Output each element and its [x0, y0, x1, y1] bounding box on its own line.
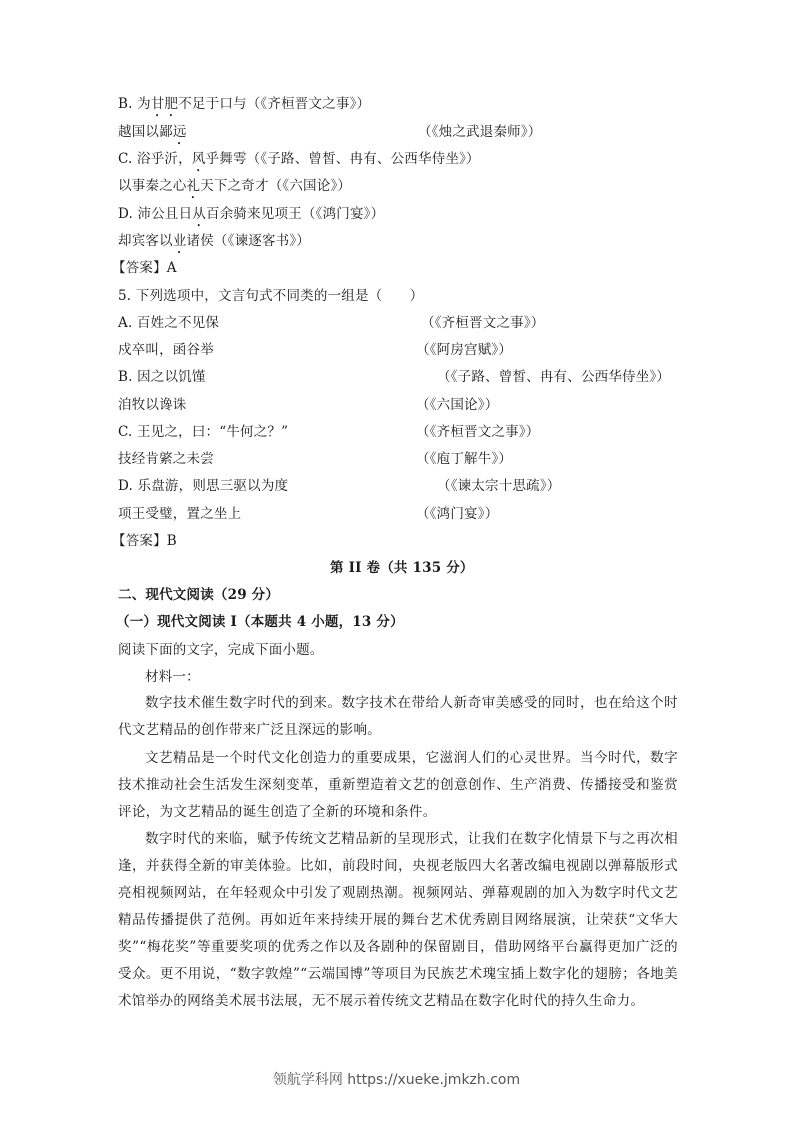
q4-option-d-line2: 却宾客以业诸侯（《谏逐客书》） — [118, 232, 310, 257]
q5-row-citation: （《六国论》） — [416, 396, 498, 414]
q5-row-citation: （《子路、曾皙、冉有、公西华侍坐》） — [437, 368, 670, 386]
text: 越国以鄙 — [118, 124, 173, 140]
text: 以事秦之心 — [118, 178, 187, 194]
subsection-title: （一）现代文阅读 I（本题共 4 小题，13 分） — [116, 613, 404, 631]
footer-watermark: 领航学科网 https://xueke.jmkzh.com — [0, 1069, 793, 1089]
passage-paragraph: 文艺精品是一个时代文化创造力的重要成果，它滋润人们的心灵世界。当今时代，数字技术… — [118, 745, 678, 826]
text: C. 浴乎沂， — [118, 151, 192, 167]
text: D. 沛公且日 — [118, 206, 192, 222]
section-title: 二、现代文阅读（29 分） — [118, 586, 279, 604]
text: 百余骑来见项王（《鸿门宴》） — [206, 206, 384, 222]
q5-row-text: 技经肯綮之未尝 — [118, 450, 214, 468]
q4-option-b-line1: B. 为甘肥不足于口与（《齐桓晋文之事》） — [118, 95, 370, 120]
emphasized-char: 礼 — [187, 178, 201, 194]
volume-title: 第 II 卷（共 135 分） — [330, 559, 474, 577]
text: 诸侯（《谏逐客书》） — [187, 233, 311, 249]
emphasized-char: 风 — [192, 151, 206, 167]
q5-row-text: A. 百姓之不见保 — [118, 314, 219, 332]
emphasized-char: 肥 — [165, 96, 179, 112]
emphasized-char: 业 — [173, 233, 187, 249]
q5-stem: 5. 下列选项中，文言句式不同类的一组是（ ） — [118, 287, 423, 305]
q5-row-citation: （《齐桓晋文之事》） — [416, 423, 540, 441]
text: 天下之奇才（《六国论》） — [200, 178, 351, 194]
q5-row-text: 戍卒叫，函谷举 — [118, 341, 214, 359]
q5-row-citation: （《阿房宫赋》） — [416, 341, 512, 359]
emphasized-char: 从 — [192, 206, 206, 222]
q5-row-text: D. 乐盘游，则思三驱以为度 — [118, 477, 288, 495]
text: 乎舞雩（《子路、曾皙、冉有、公西华侍坐》） — [206, 151, 480, 167]
text: B. 为 — [118, 96, 151, 112]
reading-instruction: 阅读下面的文字，完成下面小题。 — [118, 641, 324, 659]
text: 不足于口与（《齐桓晋文之事》） — [178, 96, 370, 112]
q5-row-citation: （《庖丁解牛》） — [416, 450, 512, 468]
text: 却宾客以 — [118, 233, 173, 249]
q5-row-text: 项王受璧，置之坐上 — [118, 505, 241, 523]
q5-row-citation: （《谏太宗十思疏》） — [437, 477, 561, 495]
q4-answer: 【答案】A — [112, 259, 177, 277]
q4-option-b-line2-citation: （《烛之武退秦师》） — [418, 123, 542, 141]
q4-option-c-line1: C. 浴乎沂，风乎舞雩（《子路、曾皙、冉有、公西华侍坐》） — [118, 150, 480, 175]
q4-option-d-line1: D. 沛公且日从百余骑来见项王（《鸿门宴》） — [118, 205, 384, 230]
q5-row-citation: （《齐桓晋文之事》） — [421, 314, 545, 332]
passage-paragraph: 数字技术催生数字时代的到来。数字技术在带给人新奇审美感受的同时，也在给这个时代文… — [118, 690, 678, 744]
emphasized-char: 远 — [173, 124, 187, 140]
q4-option-b-line2: 越国以鄙远 — [118, 123, 187, 148]
q5-row-text: B. 因之以饥馑 — [118, 368, 206, 386]
q5-row-text: 洎牧以谗诛 — [118, 396, 187, 414]
passage-paragraph: 数字时代的来临，赋予传统文艺精品新的呈现形式，让我们在数字化情景下与之再次相逢，… — [118, 826, 678, 1015]
q5-row-text: C. 王见之，曰：“牛何之？” — [118, 423, 288, 441]
document-page: B. 为甘肥不足于口与（《齐桓晋文之事》） 越国以鄙远 （《烛之武退秦师》） C… — [0, 0, 793, 1122]
q5-answer: 【答案】B — [112, 532, 177, 550]
q5-row-citation: （《鸿门宴》） — [416, 505, 498, 523]
material-label: 材料一： — [145, 668, 200, 686]
q4-option-c-line2: 以事秦之心礼天下之奇才（《六国论》） — [118, 177, 351, 202]
emphasized-char: 甘 — [151, 96, 165, 112]
